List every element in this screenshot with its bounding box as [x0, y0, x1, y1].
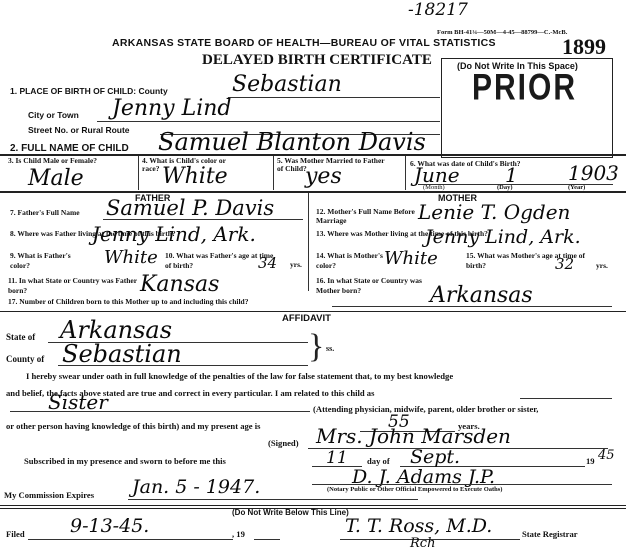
mother-birthplace-value: Arkansas	[430, 283, 533, 308]
place-of-birth-label: 1. PLACE OF BIRTH OF CHILD: County	[10, 86, 168, 96]
mother-name-label: 12. Mother's Full Name Before Marriage	[316, 207, 416, 225]
child-name-label: 2. FULL NAME OF CHILD	[10, 143, 129, 154]
filed-year-prefix: , 19	[232, 529, 245, 539]
mother-name-value: Lenie T. Ogden	[418, 200, 570, 224]
commission-value: Jan. 5 - 1947.	[132, 476, 260, 498]
commission-label: My Commission Expires	[4, 490, 94, 500]
county-label: County	[138, 86, 167, 96]
father-age-value: 34	[258, 254, 277, 272]
father-age-unit: yrs.	[290, 261, 302, 269]
day-caption: (Day)	[497, 184, 513, 191]
children-count-label: 17. Number of Children born to this Moth…	[8, 298, 248, 306]
mother-residence-value: Jenny Lind, Ark.	[425, 226, 581, 248]
sworn-day-value: 11	[326, 448, 348, 468]
child-name-value: Samuel Blanton Davis	[158, 128, 426, 156]
signed-label: (Signed)	[268, 438, 299, 448]
month-caption: (Month)	[423, 184, 445, 191]
sworn-text: Subscribed in my presence and sworn to b…	[24, 456, 226, 466]
race-value: White	[162, 164, 228, 189]
birth-county-value: Sebastian	[232, 72, 342, 97]
father-color-value: White	[104, 247, 158, 268]
ss-label: ss.	[326, 344, 334, 353]
city-label: City or Town	[28, 110, 79, 120]
year-caption: (Year)	[568, 184, 585, 191]
sex-label: 3. Is Child Male or Female?	[8, 157, 128, 165]
father-birthplace-label: 11. In what State or Country was Father …	[8, 276, 138, 296]
filed-date-value: 9-13-45.	[70, 515, 149, 537]
county-of-value: Sebastian	[62, 340, 182, 368]
birth-city-value: Jenny Lind	[112, 96, 232, 121]
official-label: (Notary Public or Other Official Empower…	[327, 486, 502, 493]
place-of-birth-heading: 1. PLACE OF BIRTH OF CHILD:	[10, 86, 136, 96]
age-line-prefix: or other person having knowledge of this…	[6, 421, 261, 431]
certificate-number: -18217	[408, 0, 468, 20]
prior-stamp: PRIOR	[472, 67, 577, 110]
sworn-year-value: 45	[598, 448, 615, 463]
oath-line-1: I hereby swear under oath in full knowle…	[26, 371, 453, 381]
mother-age-unit: yrs.	[596, 262, 608, 270]
sworn-month-value: Sept.	[410, 446, 460, 468]
relation-hint: (Attending physician, midwife, parent, o…	[313, 404, 538, 414]
affidavit-heading: AFFIDAVIT	[282, 313, 331, 324]
county-of-label: County of	[6, 354, 44, 364]
year-stamp: 1899	[562, 34, 606, 60]
father-color-label: 9. What is Father's color?	[10, 251, 85, 271]
mother-birthplace-label: 16. In what State or Country was Mother …	[316, 276, 446, 296]
do-not-write-notice: (Do Not Write Below This Line)	[232, 508, 349, 517]
father-name-label: 7. Father's Full Name	[10, 209, 80, 217]
brace: }	[308, 330, 324, 364]
sworn-year-prefix: 19	[586, 456, 595, 466]
state-registrar-label: State Registrar	[522, 529, 578, 539]
dob-year-value: 1903	[568, 161, 619, 185]
father-residence-value: Jenny Lind, Ark.	[92, 222, 256, 246]
state-label: State of	[6, 332, 35, 342]
agency-title: ARKANSAS STATE BOARD OF HEALTH—BUREAU OF…	[112, 37, 496, 49]
father-name-value: Samuel P. Davis	[106, 196, 274, 220]
registrar-initials: Rch	[410, 536, 435, 551]
sex-value: Male	[28, 166, 84, 191]
document-title: DELAYED BIRTH CERTIFICATE	[202, 52, 432, 69]
mother-age-value: 32	[555, 255, 574, 273]
registrar-signature: T. T. Ross, M.D.	[345, 515, 492, 537]
father-birthplace-value: Kansas	[140, 272, 219, 297]
filed-label: Filed	[6, 529, 25, 539]
mother-color-value: White	[384, 248, 438, 269]
day-of-label: day of	[367, 456, 390, 466]
form-number: Form BH-41¼—50M—4-45—88799—C.-McB.	[437, 29, 567, 36]
street-label: Street No. or Rural Route	[28, 125, 130, 135]
married-value: yes	[305, 164, 342, 189]
affiant-signature: Mrs. John Marsden	[316, 424, 511, 448]
